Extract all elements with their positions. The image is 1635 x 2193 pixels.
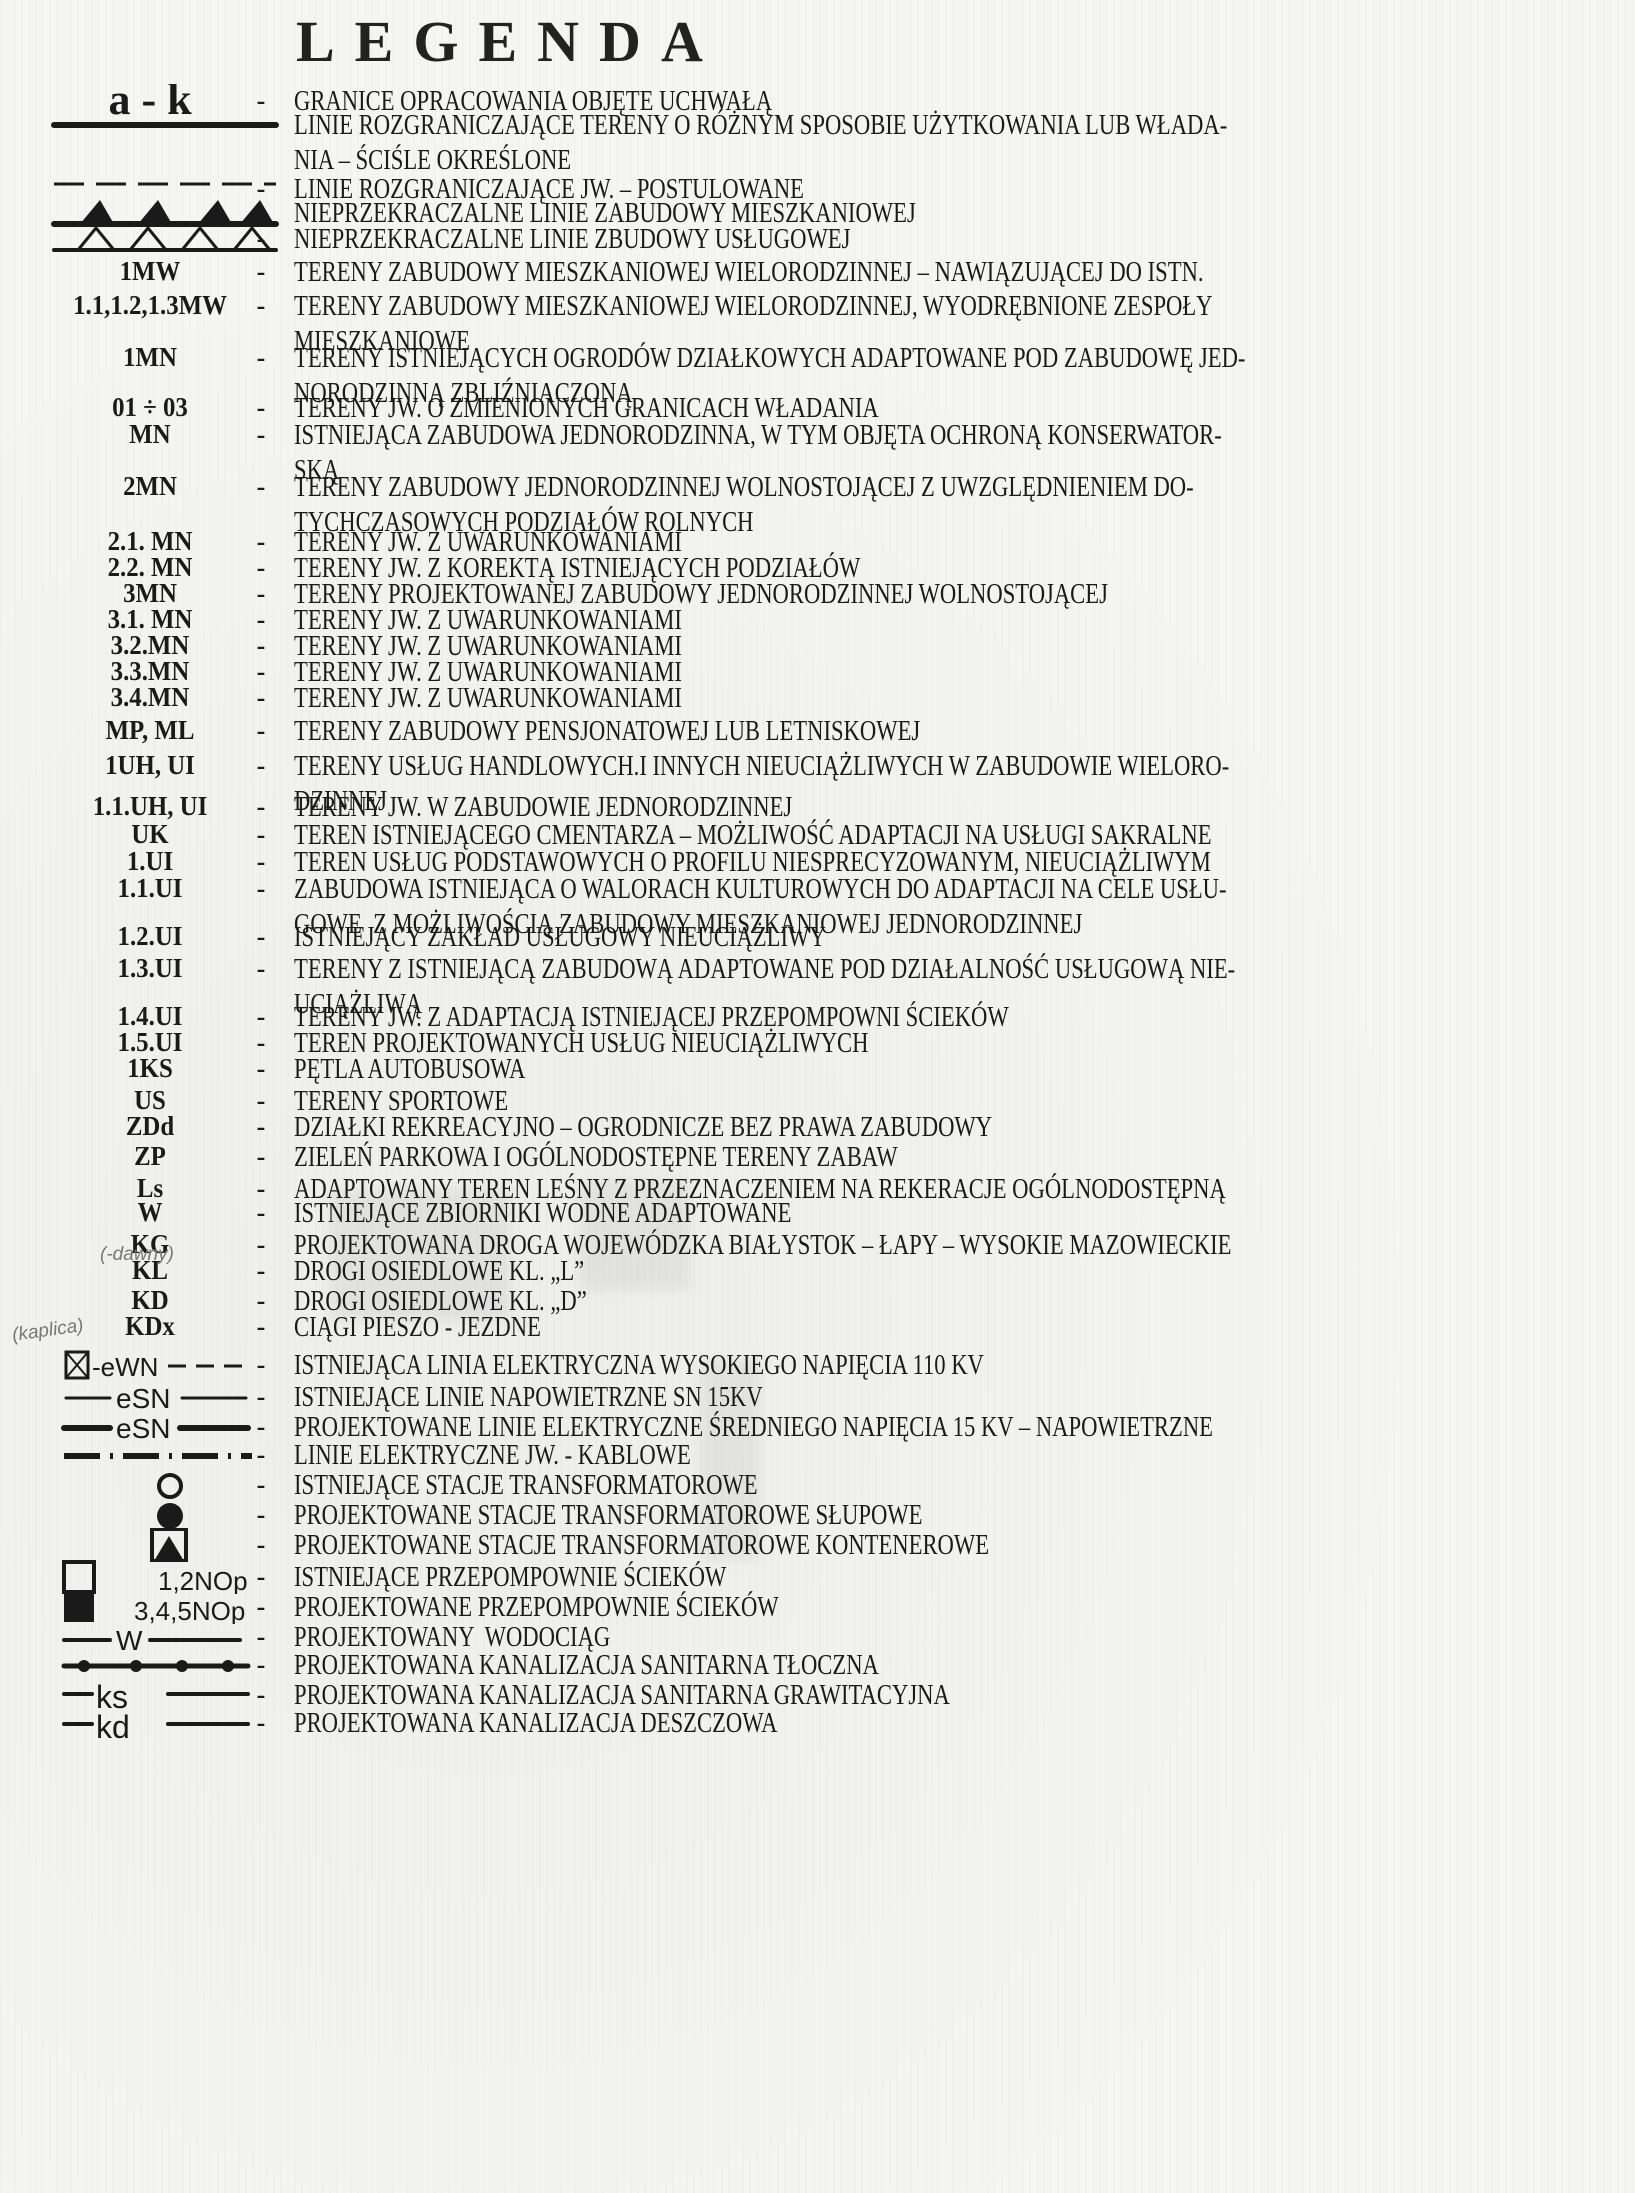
legend-symbol-code: ZP <box>40 1140 261 1173</box>
legend-title: LEGENDA <box>296 8 723 75</box>
legend-symbol-icon <box>0 108 290 144</box>
legend-description: NIEPRZEKRACZALNE LINIE ZBUDOWY USŁUGOWEJ <box>294 222 1604 257</box>
legend-description: TERENY JW. Z UWARUNKOWANIAMI <box>294 681 1604 716</box>
legend-description: LINIE ROZGRANICZAJĄCE TERENY O RÓŻNYM SP… <box>294 108 1604 178</box>
legend-symbol-code: 1KS <box>40 1052 261 1085</box>
legend-symbol-code: 1.1,1.2,1.3MW <box>40 289 261 322</box>
legend-description: PROJEKTOWANA KANALIZACJA DESZCZOWA <box>294 1706 1604 1741</box>
legend-separator: - <box>254 255 268 288</box>
legend-symbol-code: 1UH, UI <box>40 749 261 782</box>
legend-description: ISTNIEJĄCY ZAKŁAD USŁUGOWY NIEUCIĄŻLIWY <box>294 920 1604 955</box>
handwritten-note: (-dawny) <box>100 1244 174 1266</box>
legend-separator: - <box>254 1380 268 1413</box>
legend-separator: - <box>254 289 268 322</box>
legend-separator: - <box>254 1110 268 1143</box>
legend-description: ZIELEŃ PARKOWA I OGÓLNODOSTĘPNE TERENY Z… <box>294 1140 1604 1175</box>
legend-separator: - <box>254 1468 268 1501</box>
legend-separator: - <box>254 749 268 782</box>
legend-separator: - <box>254 920 268 953</box>
legend-separator: - <box>254 1498 268 1531</box>
legend-separator: - <box>254 1310 268 1343</box>
legend-symbol-code: 3.4.MN <box>40 681 261 714</box>
legend-separator: - <box>254 1528 268 1561</box>
legend-symbol-code: MN <box>40 418 261 451</box>
legend-separator: - <box>254 1140 268 1173</box>
legend-separator: - <box>254 952 268 985</box>
legend-separator: - <box>254 1706 268 1739</box>
legend-separator: - <box>254 341 268 374</box>
legend-separator: - <box>254 1348 268 1381</box>
legend-symbol-code: 1.1.UI <box>40 872 261 905</box>
legend-description: PROJEKTOWANE STACJE TRANSFORMATOROWE KON… <box>294 1528 1604 1563</box>
legend-description: TERENY ZABUDOWY PENSJONATOWEJ LUB LETNIS… <box>294 714 1604 749</box>
legend-description: ISTNIEJĄCA LINIA ELEKTRYCZNA WYSOKIEGO N… <box>294 1348 1604 1383</box>
legend-symbol-code: 1.2.UI <box>40 920 261 953</box>
svg-text:-eWN: -eWN <box>92 1352 158 1382</box>
legend-symbol-icon <box>0 222 290 258</box>
legend-separator: - <box>254 1560 268 1593</box>
legend-separator: - <box>254 872 268 905</box>
legend-symbol-code: MP, ML <box>40 714 261 747</box>
legend-symbol-code: 2MN <box>40 470 261 503</box>
legend-separator: - <box>254 1438 268 1471</box>
legend-separator: - <box>254 1254 268 1287</box>
legend-description: ISTNIEJĄCE ZBIORNIKI WODNE ADAPTOWANE <box>294 1196 1604 1231</box>
legend-separator: - <box>254 418 268 451</box>
legend-separator: - <box>254 714 268 747</box>
legend-separator: - <box>254 108 268 141</box>
legend-separator: - <box>254 1590 268 1623</box>
svg-text:kd: kd <box>96 1709 130 1740</box>
legend-symbol-icon: -eWN <box>0 1348 290 1384</box>
legend-separator: - <box>254 1052 268 1085</box>
legend-separator: - <box>254 1196 268 1229</box>
legend-symbol-icon: kd <box>0 1706 290 1742</box>
legend-separator: - <box>254 1648 268 1681</box>
legend-symbol-code: ZDd <box>40 1110 261 1143</box>
legend-description: CIĄGI PIESZO - JEZDNE <box>294 1310 1604 1345</box>
legend-description: PĘTLA AUTOBUSOWA <box>294 1052 1604 1087</box>
legend-symbol-code: 1MN <box>40 341 261 374</box>
legend-description: TERENY ZABUDOWY MIESZKANIOWEJ WIELORODZI… <box>294 255 1604 290</box>
legend-symbol-code: 1MW <box>40 255 261 288</box>
legend-symbol-code: 1.3.UI <box>40 952 261 985</box>
legend-separator: - <box>254 681 268 714</box>
legend-symbol-icon <box>0 1528 290 1564</box>
legend-separator: - <box>254 470 268 503</box>
legend-separator: - <box>254 222 268 255</box>
legend-symbol-code: W <box>40 1196 261 1229</box>
